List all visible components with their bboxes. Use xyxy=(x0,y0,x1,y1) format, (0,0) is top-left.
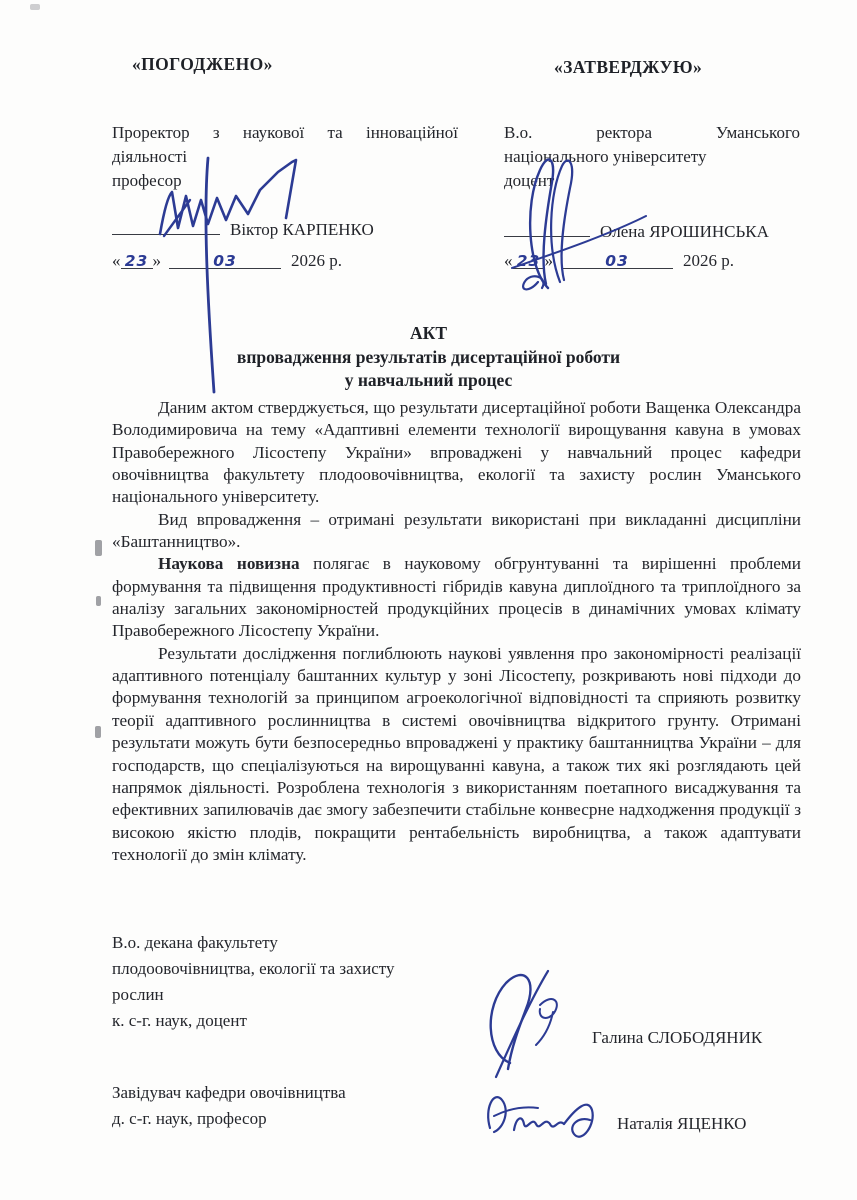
handwritten-month: 03 xyxy=(605,252,629,270)
left-date-row: «23»032026 р. xyxy=(112,251,342,271)
scan-artifact xyxy=(95,540,102,556)
head-of-department-name: Наталія ЯЦЕНКО xyxy=(617,1114,746,1134)
left-approver-role: Проректор з наукової та інноваційної дія… xyxy=(112,121,458,193)
dean-role-line: к. с-г. наук, доцент xyxy=(112,1008,468,1034)
yatsenko-signature xyxy=(480,1080,625,1152)
signature-line xyxy=(112,219,220,235)
right-approver-role-line: доцент xyxy=(504,169,800,193)
approved-stamp: «ЗАТВЕРДЖУЮ» xyxy=(554,57,702,78)
handwritten-day: 23 xyxy=(125,252,149,270)
signature-line xyxy=(504,221,590,237)
body-paragraph-1: Даним актом стверджується, що результати… xyxy=(112,397,801,509)
dean-name: Галина СЛОБОДЯНИК xyxy=(592,1028,762,1048)
head-role-line: д. с-г. наук, професор xyxy=(112,1106,468,1132)
slobodianyk-signature xyxy=(468,965,583,1080)
quote-open: « xyxy=(112,251,121,270)
head-of-department-role-block: Завідувач кафедри овочівництва д. с-г. н… xyxy=(112,1080,468,1132)
right-approver-name: Олена ЯРОШИНСЬКА xyxy=(600,222,769,241)
dean-role-line: рослин xyxy=(112,982,468,1008)
title-line-2: впровадження результатів дисертаційної р… xyxy=(0,346,857,370)
year-label: 2026 р. xyxy=(683,251,734,270)
scan-artifact xyxy=(95,726,101,738)
dean-role-line: В.о. декана факультету xyxy=(112,930,468,956)
right-approver-name-row: Олена ЯРОШИНСЬКА xyxy=(504,221,769,242)
left-approver-role-line: Проректор з наукової та інноваційної xyxy=(112,121,458,145)
handwritten-month: 03 xyxy=(213,252,237,270)
document-title: АКТ впровадження результатів дисертаційн… xyxy=(0,322,857,393)
year-label: 2026 р. xyxy=(291,251,342,270)
quote-close: » xyxy=(153,251,162,270)
scan-artifact xyxy=(96,596,101,606)
body-paragraph-2: Вид впровадження – отримані результати в… xyxy=(112,509,801,554)
left-approver-name-row: Віктор КАРПЕНКО xyxy=(112,219,374,240)
agreed-stamp: «ПОГОДЖЕНО» xyxy=(132,54,273,75)
right-approver-role-line: В.о. ректора Уманського xyxy=(504,121,800,145)
document-body: Даним актом стверджується, що результати… xyxy=(112,397,801,866)
title-line-3: у навчальний процес xyxy=(0,369,857,393)
scientific-novelty-lead: Наукова новизна xyxy=(158,554,300,573)
title-line-1: АКТ xyxy=(0,322,857,346)
handwritten-day: 23 xyxy=(517,252,541,270)
quote-open: « xyxy=(504,251,513,270)
quote-close: » xyxy=(545,251,554,270)
left-approver-name: Віктор КАРПЕНКО xyxy=(230,220,374,239)
document-page: «ПОГОДЖЕНО» «ЗАТВЕРДЖУЮ» Проректор з нау… xyxy=(0,0,857,1200)
dean-role-line: плодоовочівництва, екології та захисту xyxy=(112,956,468,982)
left-approver-role-line: діяльності xyxy=(112,145,458,169)
scan-artifact xyxy=(30,4,40,10)
body-paragraph-3: Наукова новизна полягає в науковому обгр… xyxy=(112,553,801,642)
dean-role-block: В.о. декана факультету плодоовочівництва… xyxy=(112,930,468,1034)
right-approver-role: В.о. ректора Уманського національного ун… xyxy=(504,121,800,193)
left-approver-role-line: професор xyxy=(112,169,458,193)
right-approver-role-line: національного університету xyxy=(504,145,800,169)
right-date-row: «23»032026 р. xyxy=(504,251,734,271)
body-paragraph-4: Результати дослідження поглиблюють науко… xyxy=(112,643,801,866)
head-role-line: Завідувач кафедри овочівництва xyxy=(112,1080,468,1106)
